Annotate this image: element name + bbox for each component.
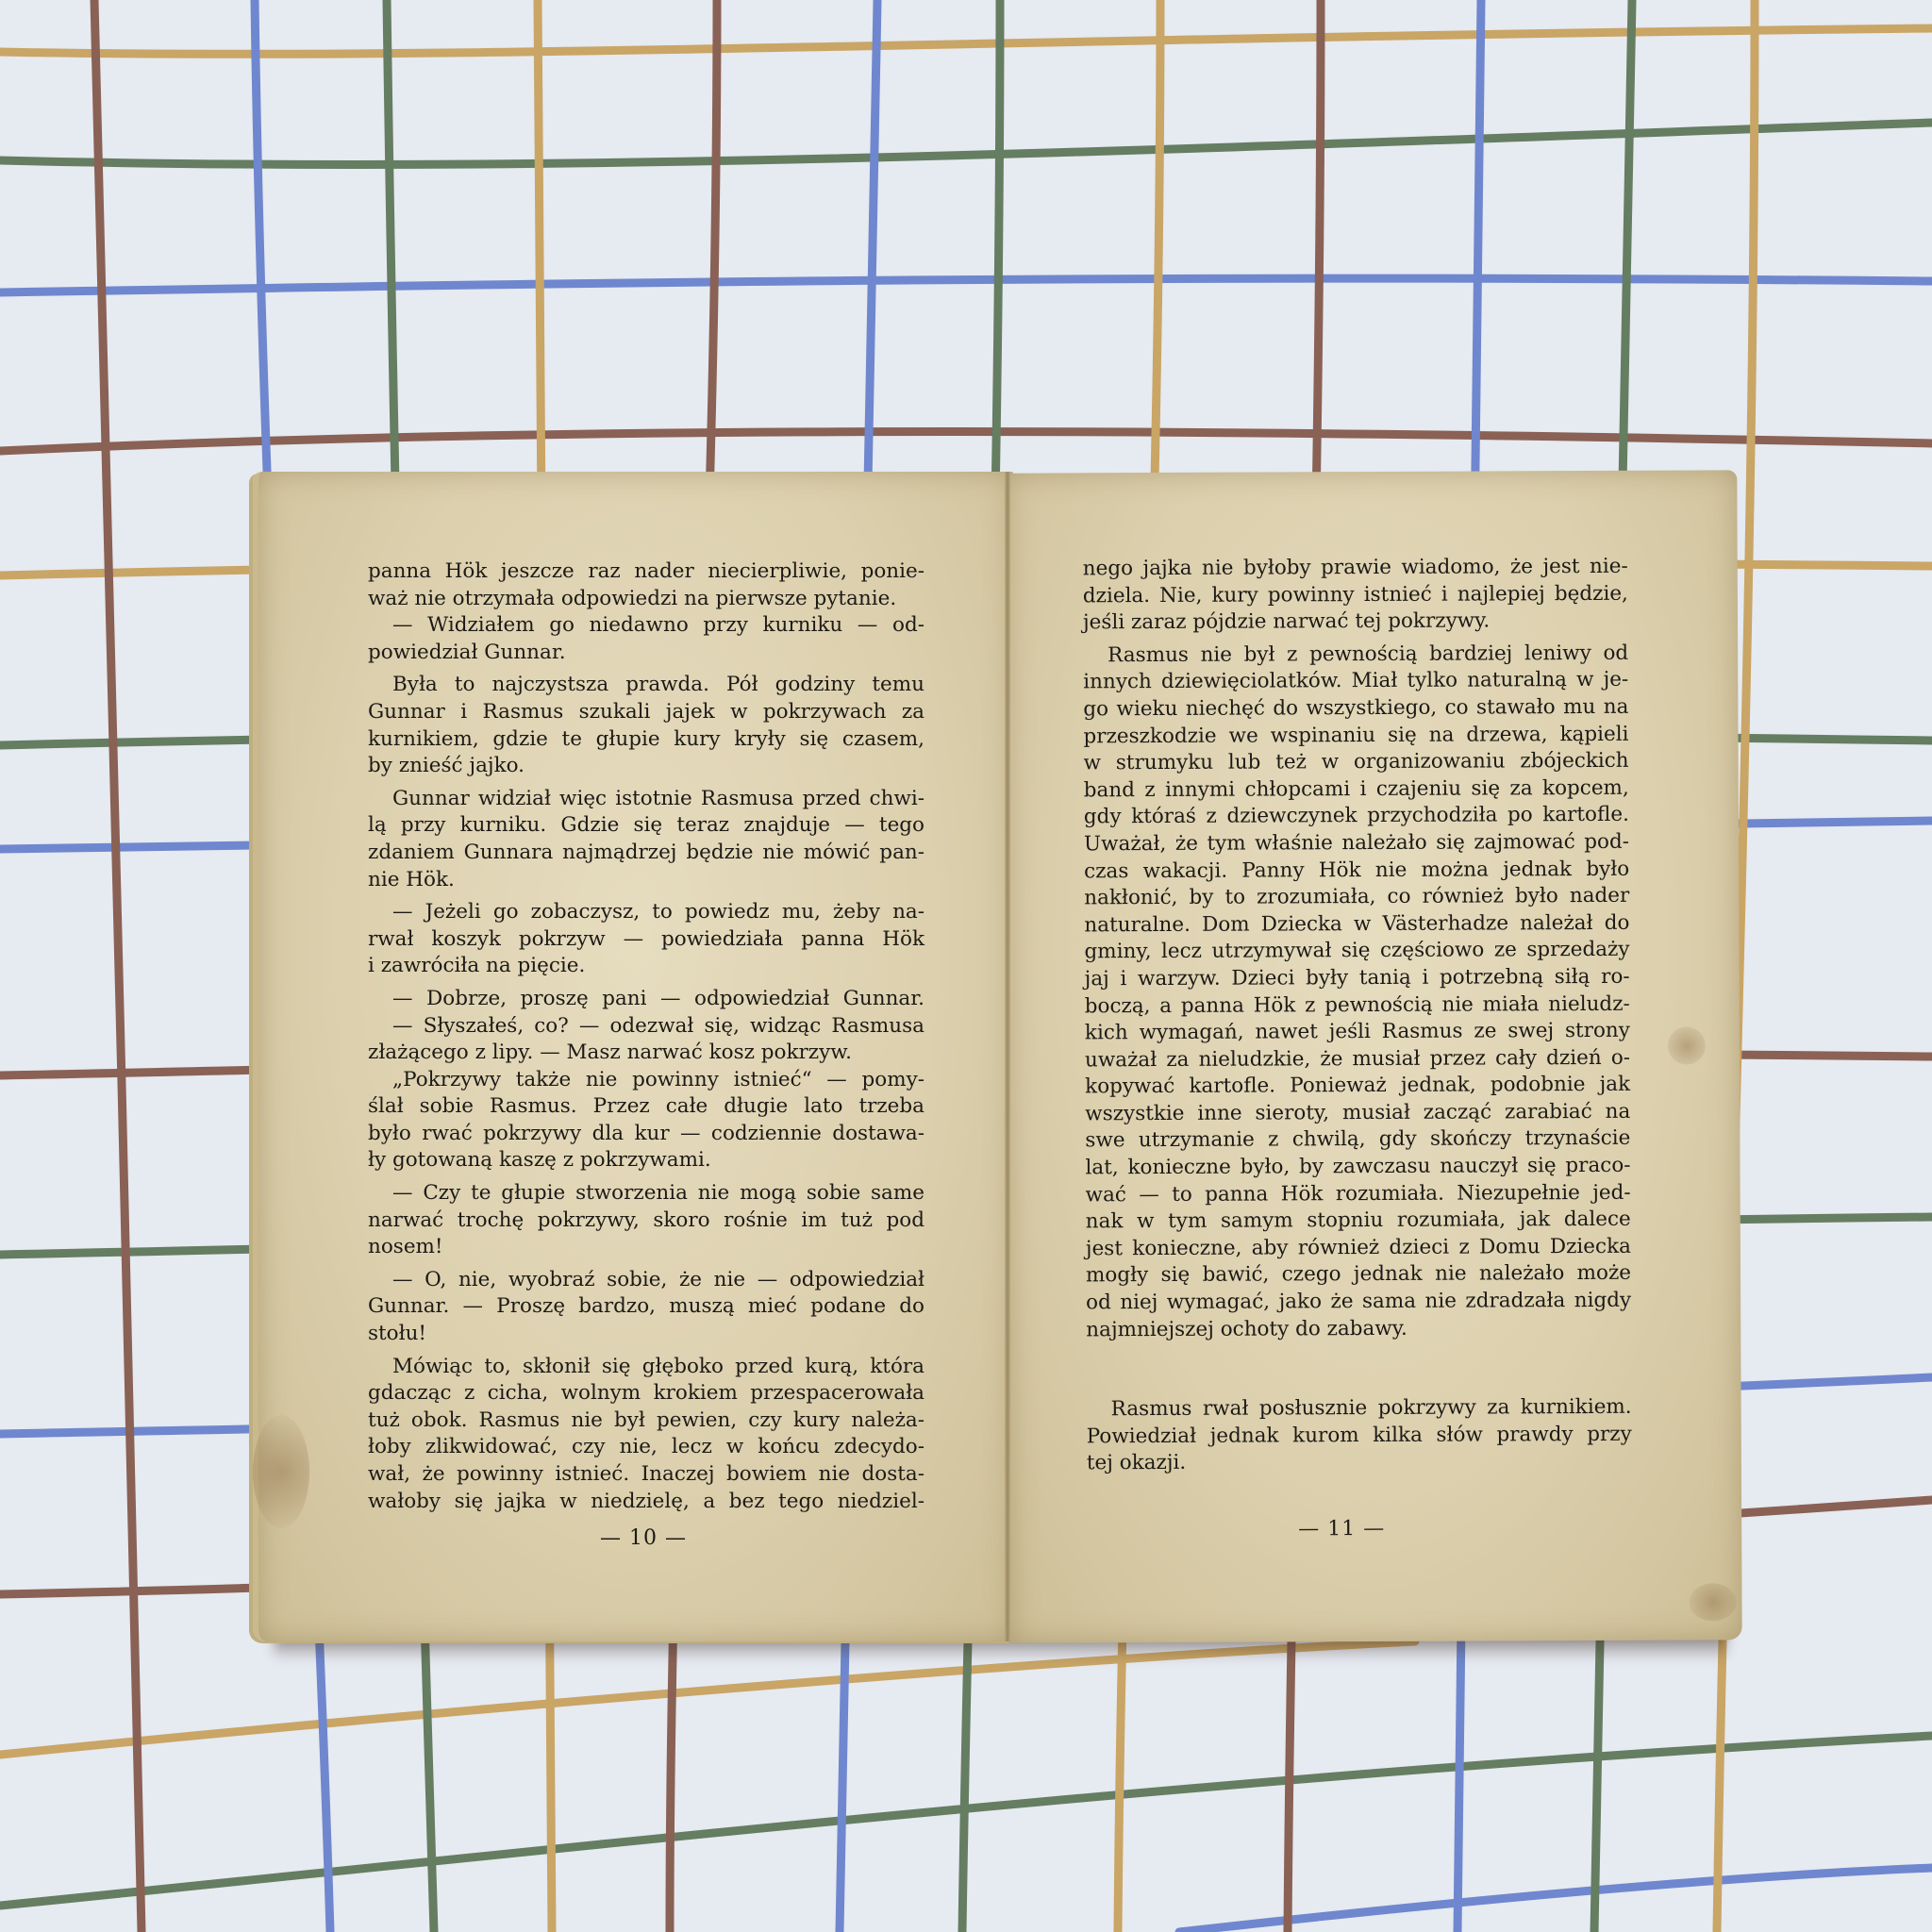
section-break — [1086, 1341, 1631, 1397]
right-page: nego jajka nie byłoby prawie wiadomo, że… — [1005, 470, 1741, 1642]
text-line: Powiedział jednak kurom kilka słów prawd… — [1087, 1422, 1632, 1451]
text-line: kopywać kartofle. Ponieważ jednak, podob… — [1085, 1072, 1630, 1101]
paper-stain — [1668, 1026, 1706, 1064]
text-line: — Dobrze, proszę pani — odpowiedział Gun… — [368, 986, 924, 1013]
text-line: band z innymi chłopcami i czajeniu się z… — [1084, 775, 1629, 805]
text-line: zdaniem Gunnara najmądrzej będzie nie mó… — [368, 840, 924, 867]
text-line: najmniejszej ochoty do zabawy. — [1086, 1314, 1631, 1343]
text-line: „Pokrzywy także nie powinny istnieć“ — p… — [368, 1067, 924, 1094]
text-line: by znieść jajko. — [368, 753, 924, 780]
text-line: — Czy te głupie stworzenia nie mogą sobi… — [368, 1180, 924, 1207]
text-line: tej okazji. — [1087, 1448, 1632, 1477]
text-line: — Słyszałeś, co? — odezwał się, widząc R… — [368, 1013, 924, 1041]
left-page: panna Hök jeszcze raz nader niecierpliwi… — [253, 472, 1013, 1641]
text-line: nak w tym samym stopniu rozumiała, jak d… — [1086, 1207, 1631, 1236]
right-page-text: nego jajka nie byłoby prawie wiadomo, że… — [1083, 554, 1632, 1478]
left-page-text: panna Hök jeszcze raz nader niecierpliwi… — [368, 558, 924, 1515]
text-line: innych dziewięciolatków. Miał tylko natu… — [1083, 667, 1628, 696]
text-line: gdy któraś z dziewczynek przychodziła po… — [1084, 802, 1629, 831]
text-line: lat, konieczne było, by zawczasu nauczył… — [1085, 1153, 1630, 1182]
text-line: gdacząc z cicha, wolnym krokiem przespac… — [368, 1380, 924, 1407]
text-line: uważał za nieludzkie, że musiał przez ca… — [1085, 1045, 1630, 1074]
text-line: narwać trochę pokrzywy, skoro rośnie im … — [368, 1207, 924, 1235]
text-line: Gunnar widział więc istotnie Rasmusa prz… — [368, 786, 924, 813]
text-line: kich wymagań, nawet jeśli Rasmus ze swej… — [1085, 1018, 1630, 1047]
text-line: powiedział Gunnar. — [368, 640, 924, 667]
text-line: nakłonić, by to zrozumiała, co również b… — [1084, 883, 1629, 912]
text-line: mogły się bawić, czego jednak nie należa… — [1086, 1260, 1631, 1290]
text-line: Uważał, że tym właśnie należało się zajm… — [1084, 829, 1629, 858]
paper-stain — [253, 1415, 309, 1528]
text-line: i zawróciła na pięcie. — [368, 953, 924, 980]
text-line: jest konieczne, aby również dzieci z Dom… — [1086, 1234, 1631, 1263]
text-line: Gunnar. — Proszę bardzo, muszą mieć poda… — [368, 1293, 924, 1321]
text-line: Była to najczystsza prawda. Pół godziny … — [368, 672, 924, 699]
text-line: wał, że powinny istnieć. Inaczej bowiem … — [368, 1461, 924, 1489]
text-line: jeśli zaraz pójdzie narwać tej pokrzywy. — [1083, 608, 1628, 637]
text-line: boczą, a panna Hök z pewnością nie miała… — [1085, 991, 1630, 1020]
open-book: panna Hök jeszcze raz nader niecierpliwi… — [253, 472, 1740, 1646]
text-line: w strumyku lub też w organizowaniu zbóje… — [1084, 748, 1629, 777]
text-line: łoby zlikwidować, czy nie, lecz w końcu … — [368, 1434, 924, 1461]
text-line: stołu! — [368, 1321, 924, 1348]
text-line: czas wakacji. Panny Hök nie można jednak… — [1084, 856, 1629, 885]
text-line: jaj i warzyw. Dzieci były tanią i potrze… — [1085, 964, 1630, 993]
text-line: nego jajka nie byłoby prawie wiadomo, że… — [1083, 554, 1628, 583]
text-line: wałoby się jajka w niedzielę, a bez tego… — [368, 1489, 924, 1516]
text-line: wać — to panna Hök rozumiała. Niezupełni… — [1086, 1179, 1631, 1208]
text-line: rwał koszyk pokrzyw — powiedziała panna … — [368, 926, 924, 954]
text-line: dziela. Nie, kury powinny istnieć i najl… — [1083, 580, 1628, 609]
text-line: nie Hök. — [368, 867, 924, 894]
text-line: panna Hök jeszcze raz nader niecierpliwi… — [368, 558, 924, 586]
page-number-right: — 11 — — [1298, 1517, 1385, 1541]
text-line: Rasmus nie był z pewnością bardziej leni… — [1083, 641, 1628, 670]
text-line: przeszkodzie we wspinaniu się na drzewa,… — [1083, 721, 1628, 750]
text-line: Mówiąc to, skłonił się głęboko przed kur… — [368, 1354, 924, 1381]
text-line: ślał sobie Rasmus. Przez całe długie lat… — [368, 1093, 924, 1121]
text-line: swe utrzymanie z chwilą, gdy skończy trz… — [1085, 1125, 1630, 1155]
text-line: wszystkie inne sieroty, musiał zacząć za… — [1085, 1099, 1630, 1128]
book-spine-gutter — [1005, 472, 1010, 1641]
page-number-left: — 10 — — [600, 1526, 687, 1550]
text-line: waż nie otrzymała odpowiedzi na pierwsze… — [368, 586, 924, 613]
text-line: Gunnar i Rasmus szukali jajek w pokrzywa… — [368, 699, 924, 726]
text-line: — Jeżeli go zobaczysz, to powiedz mu, że… — [368, 899, 924, 926]
text-line: gminy, lecz utrzymywał się częściowo ze … — [1084, 937, 1629, 966]
text-line: naturalne. Dom Dziecka w Västerhadze nal… — [1084, 910, 1629, 940]
text-line: lą przy kurniku. Gdzie się teraz znajduj… — [368, 812, 924, 840]
text-line: go wieku niechęć do wszystkiego, co staw… — [1083, 694, 1628, 724]
text-line: od niej wymagać, jako że sama nie zdradz… — [1086, 1288, 1631, 1317]
text-line: — Widziałem go niedawno przy kurniku — o… — [368, 612, 924, 640]
text-line: złażącego z lipy. — Masz narwać kosz pok… — [368, 1040, 924, 1067]
text-line: kurnikiem, gdzie te głupie kury kryły si… — [368, 726, 924, 754]
text-line: było rwać pokrzywy dla kur — codziennie … — [368, 1121, 924, 1148]
text-line: — O, nie, wyobraź sobie, że nie — odpowi… — [368, 1267, 924, 1294]
text-line: nosem! — [368, 1234, 924, 1261]
text-line: tuż obok. Rasmus nie był pewien, czy kur… — [368, 1407, 924, 1435]
text-line: ły gotowaną kaszę z pokrzywami. — [368, 1147, 924, 1174]
paper-stain — [1689, 1583, 1736, 1621]
text-line: Rasmus rwał posłusznie pokrzywy za kurni… — [1087, 1394, 1632, 1424]
